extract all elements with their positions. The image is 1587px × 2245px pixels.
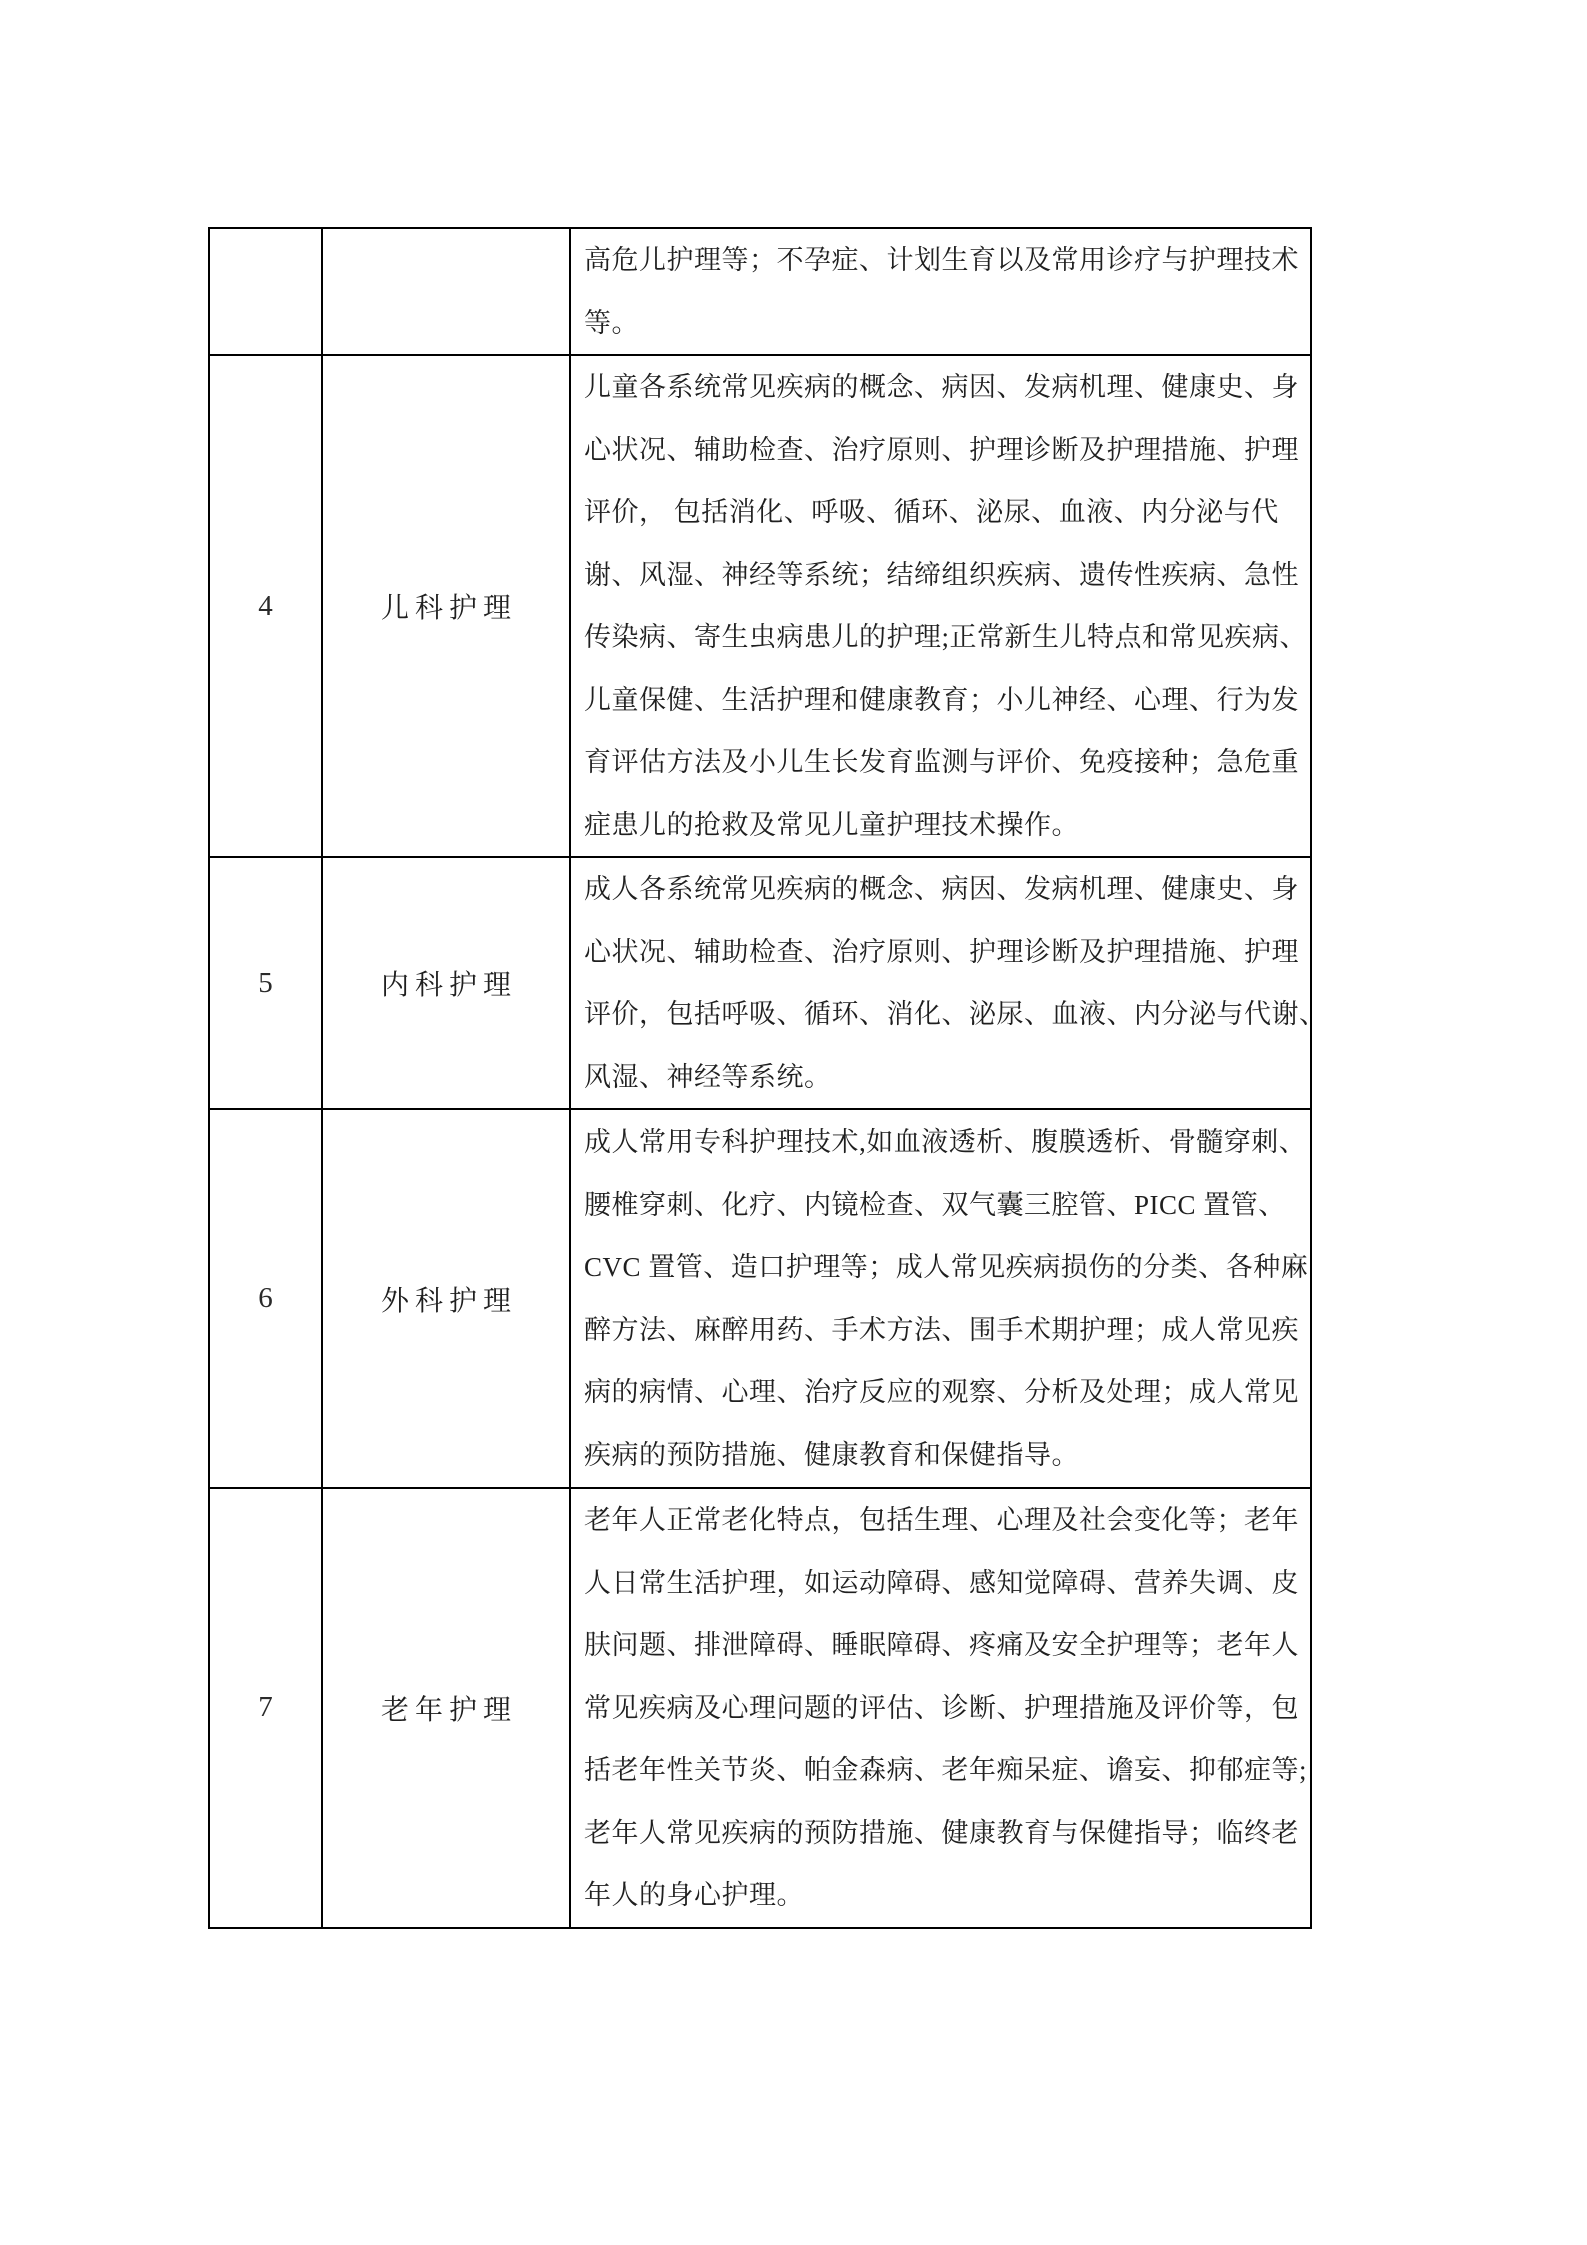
course-content-cell: 成人各系统常见疾病的概念、病因、发病机理、健康史、身 心状况、辅助检查、治疗原则…: [570, 857, 1311, 1109]
course-title-cell: 老年护理: [322, 1488, 570, 1928]
course-title-cell: [322, 228, 570, 355]
course-content-cell: 儿童各系统常见疾病的概念、病因、发病机理、健康史、身 心状况、辅助检查、治疗原则…: [570, 355, 1311, 857]
table-row: 4 儿科护理 儿童各系统常见疾病的概念、病因、发病机理、健康史、身 心状况、辅助…: [209, 355, 1311, 857]
row-number-cell: 4: [209, 355, 322, 857]
row-number-cell: 5: [209, 857, 322, 1109]
table-row: 6 外科护理 成人常用专科护理技术,如血液透析、腹膜透析、骨髓穿刺、 腰椎穿刺、…: [209, 1109, 1311, 1488]
document-page: 高危儿护理等；不孕症、计划生育以及常用诊疗与护理技术 等。 4 儿科护理 儿童各…: [0, 0, 1587, 2245]
curriculum-table: 高危儿护理等；不孕症、计划生育以及常用诊疗与护理技术 等。 4 儿科护理 儿童各…: [208, 227, 1312, 1929]
course-title-cell: 外科护理: [322, 1109, 570, 1488]
table-row: 高危儿护理等；不孕症、计划生育以及常用诊疗与护理技术 等。: [209, 228, 1311, 355]
table-row: 7 老年护理 老年人正常老化特点，包括生理、心理及社会变化等；老年 人日常生活护…: [209, 1488, 1311, 1928]
row-number-cell: 6: [209, 1109, 322, 1488]
course-title-cell: 内科护理: [322, 857, 570, 1109]
row-number-cell: [209, 228, 322, 355]
course-content-cell: 成人常用专科护理技术,如血液透析、腹膜透析、骨髓穿刺、 腰椎穿刺、化疗、内镜检查…: [570, 1109, 1311, 1488]
row-number-cell: 7: [209, 1488, 322, 1928]
course-content-cell: 高危儿护理等；不孕症、计划生育以及常用诊疗与护理技术 等。: [570, 228, 1311, 355]
course-title-cell: 儿科护理: [322, 355, 570, 857]
course-content-cell: 老年人正常老化特点，包括生理、心理及社会变化等；老年 人日常生活护理，如运动障碍…: [570, 1488, 1311, 1928]
table-row: 5 内科护理 成人各系统常见疾病的概念、病因、发病机理、健康史、身 心状况、辅助…: [209, 857, 1311, 1109]
